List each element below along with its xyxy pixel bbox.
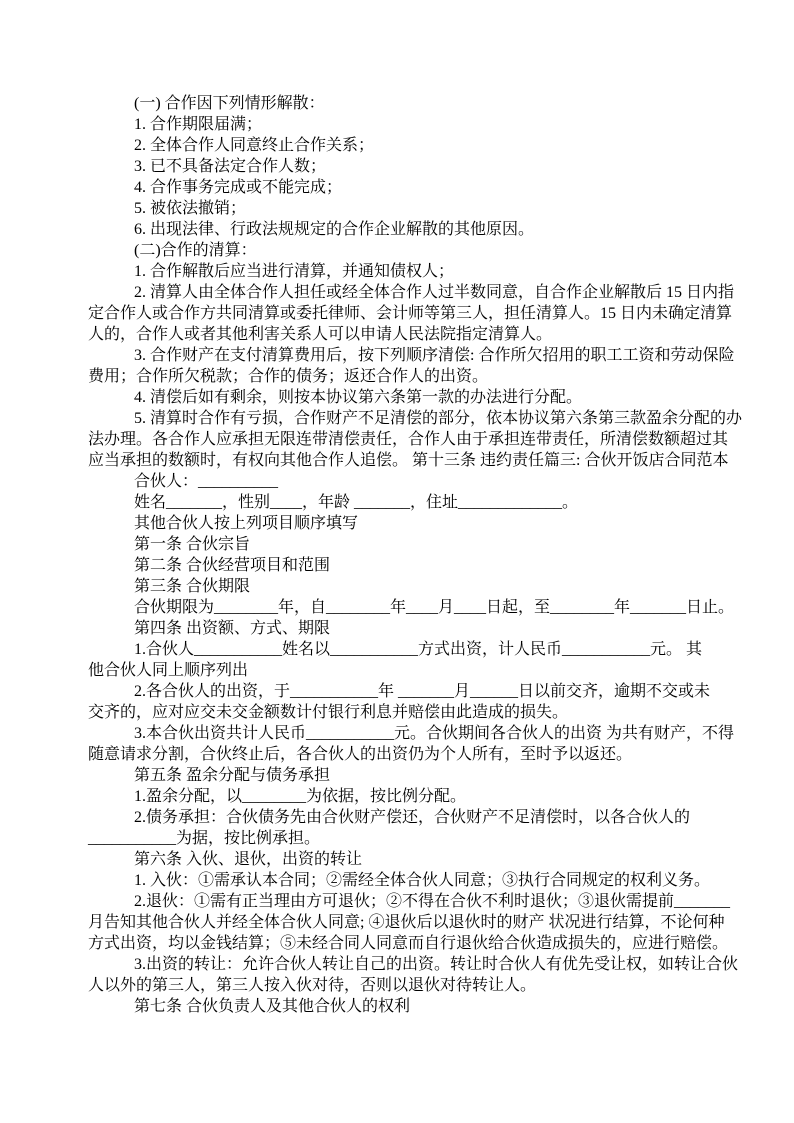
document-line: 费用；合作所欠税款；合作的债务；返还合作人的出资。 <box>88 366 708 387</box>
document-line: 他合伙人同上顺序列出 <box>88 660 708 681</box>
document-line: 应当承担的数额时，有权向其他合作人追偿。 第十三条 违约责任篇三: 合伙开饭店合… <box>88 450 708 471</box>
document-line: 3. 已不具备法定合作人数； <box>88 156 708 177</box>
document-line: 4. 合作事务完成或不能完成； <box>88 177 708 198</box>
document-line: 第二条 合伙经营项目和范围 <box>88 555 708 576</box>
document-line: 2.债务承担：合伙债务先由合伙财产偿还，合伙财产不足清偿时，以各合伙人的 <box>88 807 708 828</box>
document-line: 合伙人：__________ <box>88 471 708 492</box>
document-line: ___________为据，按比例承担。 <box>88 828 708 849</box>
document-line: 2. 全体合作人同意终止合作关系； <box>88 135 708 156</box>
document-line: 随意请求分割，合伙终止后，各合伙人的出资仍为个人所有，至时予以返还。 <box>88 744 708 765</box>
document-line: 定合作人或合作方共同清算或委托律师、会计师等第三人，担任清算人。15 日内未确定… <box>88 303 708 324</box>
document-line: 5. 清算时合作有亏损，合作财产不足清偿的部分，依本协议第六条第三款盈余分配的办 <box>88 408 708 429</box>
document-line: 方式出资，均以金钱结算；⑤未经合同人同意而自行退伙给合伙造成损失的，应进行赔偿。 <box>88 933 708 954</box>
document-line: 5. 被依法撤销； <box>88 198 708 219</box>
document-line: 1. 入伙：①需承认本合同；②需经全体合伙人同意；③执行合同规定的权利义务。 <box>88 870 708 891</box>
document-line: 法办理。各合作人应承担无限连带清偿责任，合作人由于承担连带责任，所清偿数额超过其 <box>88 429 708 450</box>
document-line: 1. 合作解散后应当进行清算，并通知债权人； <box>88 261 708 282</box>
document-line: 1.盈余分配，以________为依据，按比例分配。 <box>88 786 708 807</box>
document-line: 2.退伙：①需有正当理由方可退伙；②不得在合伙不利时退伙；③退伙需提前_____… <box>88 891 708 912</box>
document-body: (一) 合作因下列情形解散：1. 合作期限届满；2. 全体合作人同意终止合作关系… <box>88 93 708 1017</box>
document-line: 第七条 合伙负责人及其他合伙人的权利 <box>88 996 708 1017</box>
document-line: 人以外的第三人，第三人按入伙对待，否则以退伙对待转让人。 <box>88 975 708 996</box>
document-line: 3.出资的转让：允许合伙人转让自己的出资。转让时合伙人有优先受让权，如转让合伙 <box>88 954 708 975</box>
document-line: 6. 出现法律、行政法规规定的合作企业解散的其他原因。 <box>88 219 708 240</box>
document-line: 3.本合伙出资共计人民币___________元。合伙期间各合伙人的出资 为共有… <box>88 723 708 744</box>
document-line: 1. 合作期限届满； <box>88 114 708 135</box>
document-line: 人的，合作人或者其他利害关系人可以申请人民法院指定清算人。 <box>88 324 708 345</box>
document-line: (二)合作的清算： <box>88 240 708 261</box>
document-line: 第六条 入伙、退伙，出资的转让 <box>88 849 708 870</box>
document-line: 合伙期限为________年，自________年____月____日起，至__… <box>88 597 708 618</box>
document-line: 1.合伙人___________姓名以___________方式出资，计人民币_… <box>88 639 708 660</box>
document-line: 3. 合作财产在支付清算费用后，按下列顺序清偿: 合作所欠招用的职工工资和劳动保… <box>88 345 708 366</box>
document-line: 交齐的，应对应交未交金额数计付银行利息并赔偿由此造成的损失。 <box>88 702 708 723</box>
document-line: 2.各合伙人的出资，于___________年 _______月______日以… <box>88 681 708 702</box>
document-line: 2. 清算人由全体合作人担任或经全体合作人过半数同意，自合作企业解散后 15 日… <box>88 282 708 303</box>
document-line: 4. 清偿后如有剩余，则按本协议第六条第一款的办法进行分配。 <box>88 387 708 408</box>
document-line: 第一条 合伙宗旨 <box>88 534 708 555</box>
document-line: 其他合伙人按上列项目顺序填写 <box>88 513 708 534</box>
document-line: 第三条 合伙期限 <box>88 576 708 597</box>
document-line: 第四条 出资额、方式、期限 <box>88 618 708 639</box>
document-line: 第五条 盈余分配与债务承担 <box>88 765 708 786</box>
document-page: (一) 合作因下列情形解散：1. 合作期限届满；2. 全体合作人同意终止合作关系… <box>0 0 794 1123</box>
document-line: 姓名_______，性别____，年龄 _______，住址__________… <box>88 492 708 513</box>
document-line: 月告知其他合伙人并经全体合伙人同意; ④退伙后以退伙时的财产 状况进行结算，不论… <box>88 912 708 933</box>
document-line: (一) 合作因下列情形解散： <box>88 93 708 114</box>
